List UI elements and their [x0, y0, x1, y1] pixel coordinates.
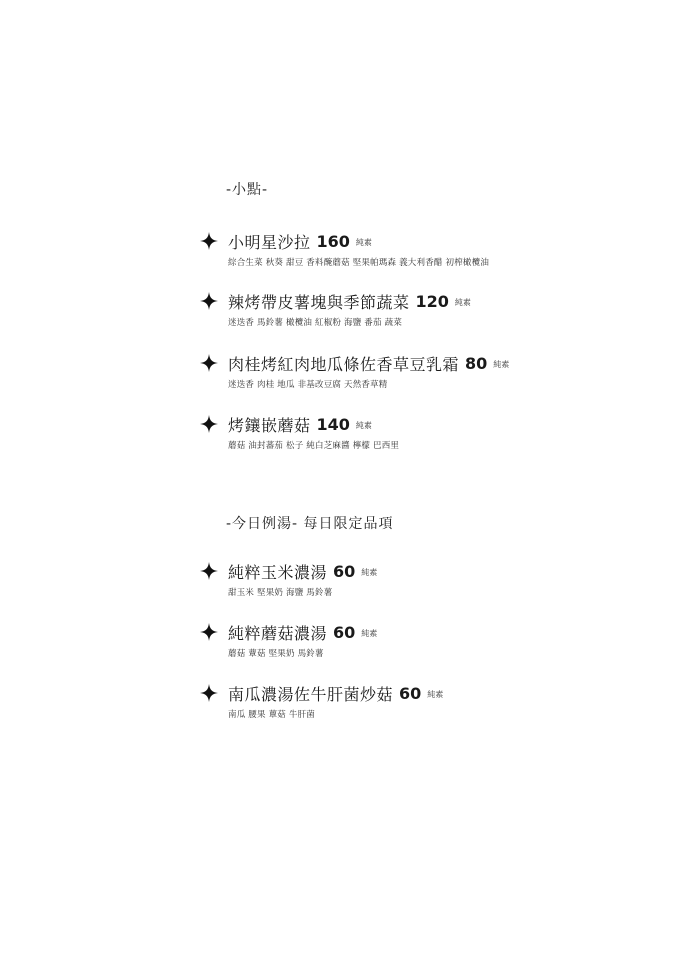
- four-point-star-icon: [200, 415, 218, 433]
- item-description: 綜合生菜 秋葵 甜豆 香料醃蘑菇 堅果帕瑪森 義大利香醋 初榨橄欖油: [228, 256, 640, 268]
- item-description: 甜玉米 堅果奶 海鹽 馬鈴薯: [228, 586, 640, 598]
- item-description: 蘑菇 蕈菇 堅果奶 馬鈴薯: [228, 647, 640, 659]
- item-name: 辣烤帶皮薯塊與季節蔬菜: [228, 290, 410, 313]
- menu-item: 南瓜濃湯佐牛肝菌炒菇 60 純素 南瓜 腰果 蕈菇 牛肝菌: [200, 682, 640, 720]
- four-point-star-icon: [200, 232, 218, 250]
- vegan-tag: 純素: [427, 689, 443, 700]
- item-description: 南瓜 腰果 蕈菇 牛肝菌: [228, 708, 640, 720]
- item-price: 60: [399, 684, 421, 703]
- item-description: 蘑菇 油封蕃茄 松子 純白芝麻醬 檸檬 巴西里: [228, 439, 640, 451]
- menu-item: 純粹蘑菇濃湯 60 純素 蘑菇 蕈菇 堅果奶 馬鈴薯: [200, 621, 640, 659]
- vegan-tag: 純素: [455, 297, 471, 308]
- item-name: 烤鑲嵌蘑菇: [228, 413, 311, 436]
- item-description: 迷迭香 肉桂 地瓜 非基改豆腐 天然香草精: [228, 378, 640, 390]
- item-price: 60: [333, 562, 355, 581]
- section-title-snacks: -小點-: [226, 179, 268, 199]
- item-price: 60: [333, 623, 355, 642]
- item-name: 純粹玉米濃湯: [228, 560, 327, 583]
- item-price: 160: [317, 232, 350, 251]
- item-name: 南瓜濃湯佐牛肝菌炒菇: [228, 682, 393, 705]
- vegan-tag: 純素: [356, 237, 372, 248]
- section-title-soup-of-the-day: -今日例湯- 每日限定品項: [226, 513, 394, 533]
- item-description: 迷迭香 馬鈴薯 橄欖油 紅椒粉 海鹽 番茄 蔬菜: [228, 316, 640, 328]
- item-name: 純粹蘑菇濃湯: [228, 621, 327, 644]
- menu-item: 純粹玉米濃湯 60 純素 甜玉米 堅果奶 海鹽 馬鈴薯: [200, 560, 640, 598]
- vegan-tag: 純素: [493, 359, 509, 370]
- item-name: 小明星沙拉: [228, 230, 311, 253]
- item-price: 80: [465, 354, 487, 373]
- vegan-tag: 純素: [361, 567, 377, 578]
- item-price: 140: [317, 415, 350, 434]
- vegan-tag: 純素: [361, 628, 377, 639]
- item-price: 120: [416, 292, 449, 311]
- menu-item: 小明星沙拉 160 純素 綜合生菜 秋葵 甜豆 香料醃蘑菇 堅果帕瑪森 義大利香…: [200, 230, 640, 268]
- menu-item: 辣烤帶皮薯塊與季節蔬菜 120 純素 迷迭香 馬鈴薯 橄欖油 紅椒粉 海鹽 番茄…: [200, 290, 640, 328]
- menu-item: 肉桂烤紅肉地瓜條佐香草豆乳霜 80 純素 迷迭香 肉桂 地瓜 非基改豆腐 天然香…: [200, 352, 640, 390]
- four-point-star-icon: [200, 354, 218, 372]
- four-point-star-icon: [200, 684, 218, 702]
- menu-item: 烤鑲嵌蘑菇 140 純素 蘑菇 油封蕃茄 松子 純白芝麻醬 檸檬 巴西里: [200, 413, 640, 451]
- four-point-star-icon: [200, 292, 218, 310]
- item-name: 肉桂烤紅肉地瓜條佐香草豆乳霜: [228, 352, 459, 375]
- four-point-star-icon: [200, 623, 218, 641]
- vegan-tag: 純素: [356, 420, 372, 431]
- four-point-star-icon: [200, 562, 218, 580]
